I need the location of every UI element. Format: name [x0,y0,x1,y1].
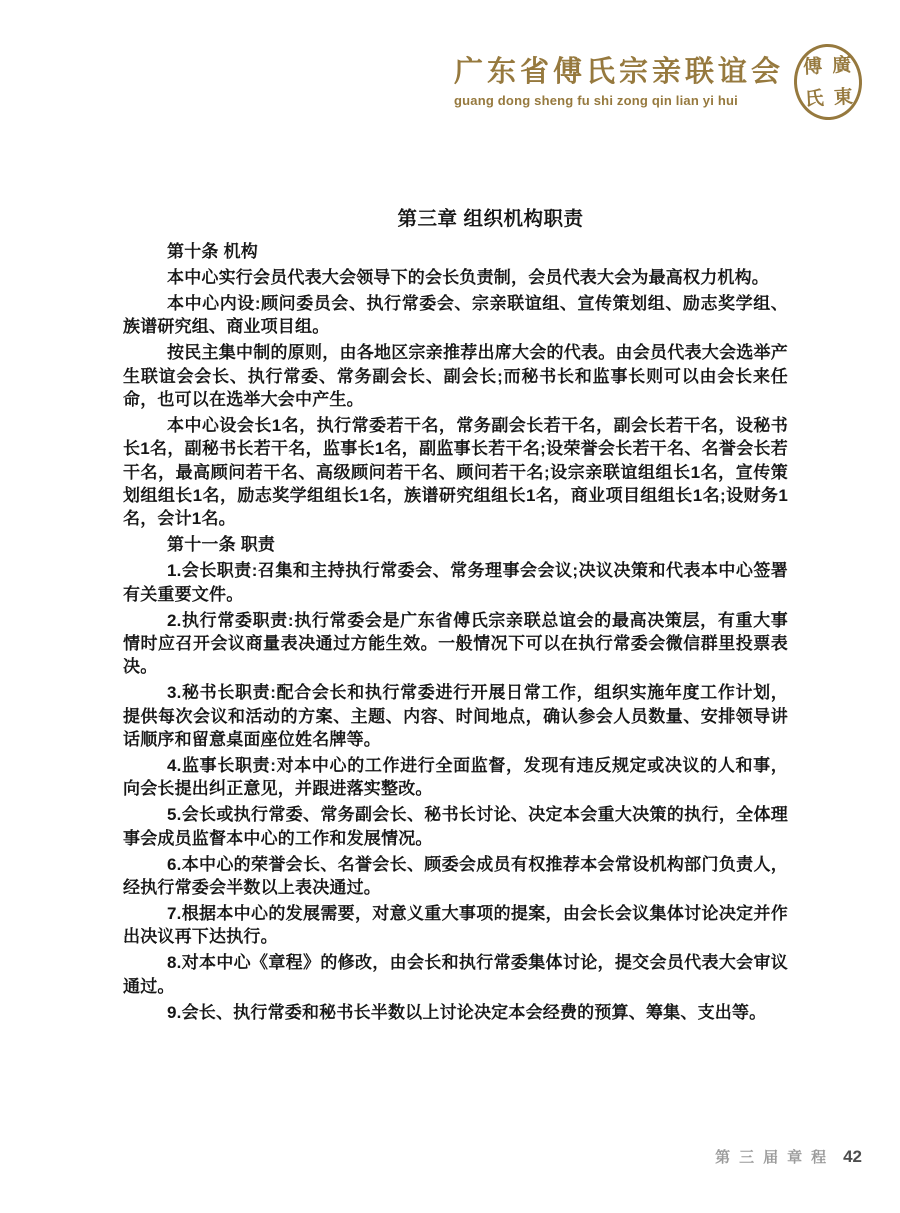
org-name-pinyin: guang dong sheng fu shi zong qin lian yi… [454,93,784,108]
body-paragraph: 本中心设会长1名，执行常委若干名，常务副会长若干名，副会长若干名，设秘书长1名，… [123,414,788,531]
footer-section-label: 第三届章程 [715,1146,835,1167]
org-name-block: 广东省傅氏宗亲联谊会 guang dong sheng fu shi zong … [454,56,784,107]
body-paragraph: 2.执行常委职责:执行常委会是广东省傅氏宗亲联总谊会的最高决策层，有重大事情时应… [123,609,788,679]
document-body: 第三章 组织机构职责 第十条 机构本中心实行会员代表大会领导下的会长负责制，会员… [123,203,788,1024]
body-paragraph: 9.会长、执行常委和秘书长半数以上讨论决定本会经费的预算、筹集、支出等。 [123,1001,788,1024]
chapter-title: 第三章 组织机构职责 [123,203,788,231]
seal-char: 傅 [803,57,823,77]
article-heading: 第十一条 职责 [123,533,788,556]
page-number: 42 [843,1147,862,1167]
seal-char: 氏 [804,89,824,109]
seal-char: 廣 [832,55,852,75]
body-paragraph: 6.本中心的荣誉会长、名誉会长、顾委会成员有权推荐本会常设机构部门负责人，经执行… [123,853,788,900]
body-paragraph: 3.秘书长职责:配合会长和执行常委进行开展日常工作，组织实施年度工作计划，提供每… [123,681,788,751]
body-paragraph: 7.根据本中心的发展需要，对意义重大事项的提案，由会长会议集体讨论决定并作出决议… [123,902,788,949]
org-header: 广东省傅氏宗亲联谊会 guang dong sheng fu shi zong … [454,44,862,120]
body-paragraph: 本中心实行会员代表大会领导下的会长负责制，会员代表大会为最高权力机构。 [123,266,788,289]
body-paragraph: 4.监事长职责:对本中心的工作进行全面监督，发现有违反规定或决议的人和事，向会长… [123,754,788,801]
body-paragraph: 1.会长职责:召集和主持执行常委会、常务理事会会议;决议决策和代表本中心签署有关… [123,559,788,606]
body-paragraph: 8.对本中心《章程》的修改，由会长和执行常委集体讨论，提交会员代表大会审议通过。 [123,951,788,998]
body-paragraph: 5.会长或执行常委、常务副会长、秘书长讨论、决定本会重大决策的执行，全体理事会成… [123,803,788,850]
seal-char: 東 [833,87,853,107]
org-seal-icon: 傅 廣 氏 東 [792,42,864,121]
article-heading: 第十条 机构 [123,240,788,263]
org-name-chinese: 广东省傅氏宗亲联谊会 [454,56,784,89]
body-paragraph: 本中心内设:顾问委员会、执行常委会、宗亲联谊组、宣传策划组、励志奖学组、族谱研究… [123,292,788,339]
paragraph-list: 第十条 机构本中心实行会员代表大会领导下的会长负责制，会员代表大会为最高权力机构… [123,240,788,1024]
page-footer: 第三届章程 42 [715,1146,862,1167]
body-paragraph: 按民主集中制的原则，由各地区宗亲推荐出席大会的代表。由会员代表大会选举产生联谊会… [123,341,788,411]
